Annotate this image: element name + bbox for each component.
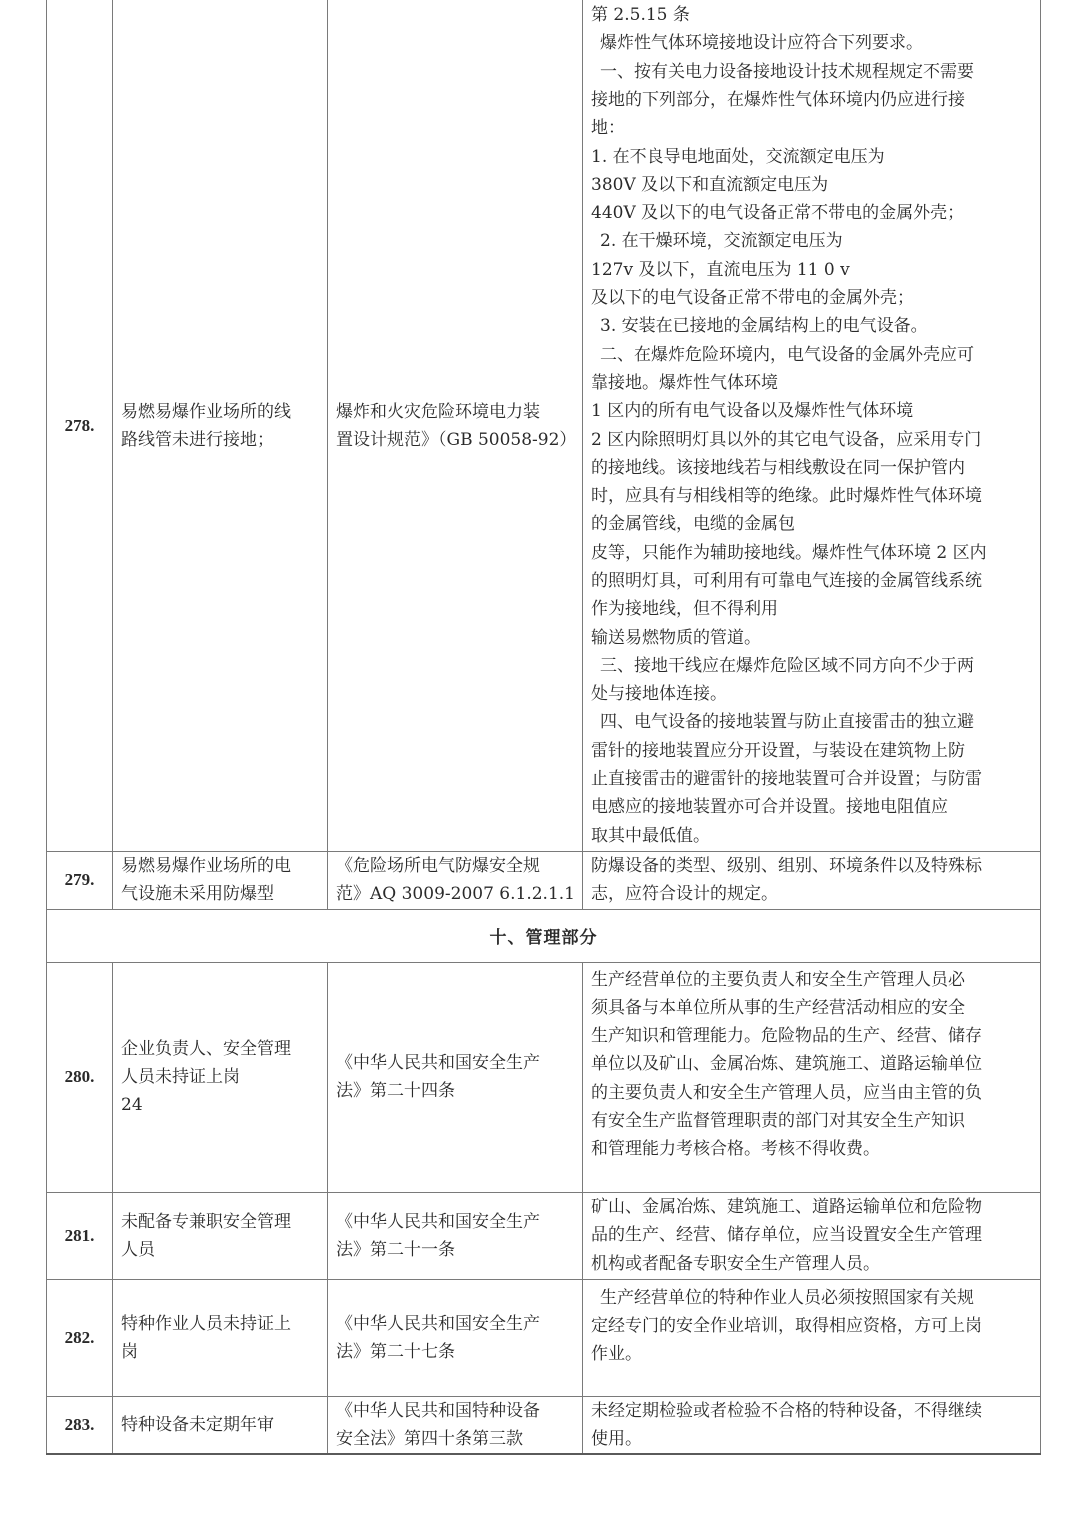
legal-basis: 《危险场所电气防爆安全规 范》AQ 3009-2007 6.1.2.1.1 [328, 852, 583, 910]
legal-basis: 《中华人民共和国安全生产 法》第二十四条 [328, 962, 583, 1192]
table-row: 280. 企业负责人、安全管理 人员未持证上岗 24 《中华人民共和国安全生产 … [47, 962, 1041, 1192]
hazard-description: 企业负责人、安全管理 人员未持证上岗 24 [113, 962, 328, 1192]
legal-basis: 《中华人民共和国安全生产 法》第二十一条 [328, 1192, 583, 1279]
clause-text: 第 2.5.15 条 爆炸性气体环境接地设计应符合下列要求。 一、按有关电力设备… [583, 0, 1041, 852]
item-number: 282. [47, 1279, 113, 1396]
legal-basis: 《中华人民共和国安全生产 法》第二十七条 [328, 1279, 583, 1396]
section-header-row: 十、管理部分 [47, 909, 1041, 962]
table-row: 279. 易燃易爆作业场所的电 气设施未采用防爆型 《危险场所电气防爆安全规 范… [47, 852, 1041, 910]
legal-basis: 《中华人民共和国特种设备 安全法》第四十条第三款 [328, 1396, 583, 1454]
clause-text: 防爆设备的类型、级别、组别、环境条件以及特殊标 志，应符合设计的规定。 [583, 852, 1041, 910]
regulation-table: 278. 易燃易爆作业场所的线 路线管未进行接地； 爆炸和火灾危险环境电力装 置… [46, 0, 1041, 1455]
hazard-description: 未配备专兼职安全管理 人员 [113, 1192, 328, 1279]
clause-text: 生产经营单位的特种作业人员必须按照国家有关规 定经专门的安全作业培训，取得相应资… [583, 1279, 1041, 1396]
hazard-description: 易燃易爆作业场所的线 路线管未进行接地； [113, 0, 328, 852]
item-number: 279. [47, 852, 113, 910]
hazard-description: 特种作业人员未持证上 岗 [113, 1279, 328, 1396]
clause-text: 矿山、金属冶炼、建筑施工、道路运输单位和危险物 品的生产、经营、储存单位，应当设… [583, 1192, 1041, 1279]
hazard-description: 易燃易爆作业场所的电 气设施未采用防爆型 [113, 852, 328, 910]
item-number: 281. [47, 1192, 113, 1279]
table-row: 281. 未配备专兼职安全管理 人员 《中华人民共和国安全生产 法》第二十一条 … [47, 1192, 1041, 1279]
clause-text: 未经定期检验或者检验不合格的特种设备，不得继续 使用。 [583, 1396, 1041, 1454]
legal-basis: 爆炸和火灾危险环境电力装 置设计规范》（GB 50058-92） [328, 0, 583, 852]
item-number: 283. [47, 1396, 113, 1454]
table-row: 278. 易燃易爆作业场所的线 路线管未进行接地； 爆炸和火灾危险环境电力装 置… [47, 0, 1041, 852]
section-title: 十、管理部分 [47, 909, 1041, 962]
item-number: 278. [47, 0, 113, 852]
table-row: 282. 特种作业人员未持证上 岗 《中华人民共和国安全生产 法》第二十七条 生… [47, 1279, 1041, 1396]
table-row: 283. 特种设备未定期年审 《中华人民共和国特种设备 安全法》第四十条第三款 … [47, 1396, 1041, 1454]
item-number: 280. [47, 962, 113, 1192]
hazard-description: 特种设备未定期年审 [113, 1396, 328, 1454]
clause-text: 生产经营单位的主要负责人和安全生产管理人员必 须具备与本单位所从事的生产经营活动… [583, 962, 1041, 1192]
